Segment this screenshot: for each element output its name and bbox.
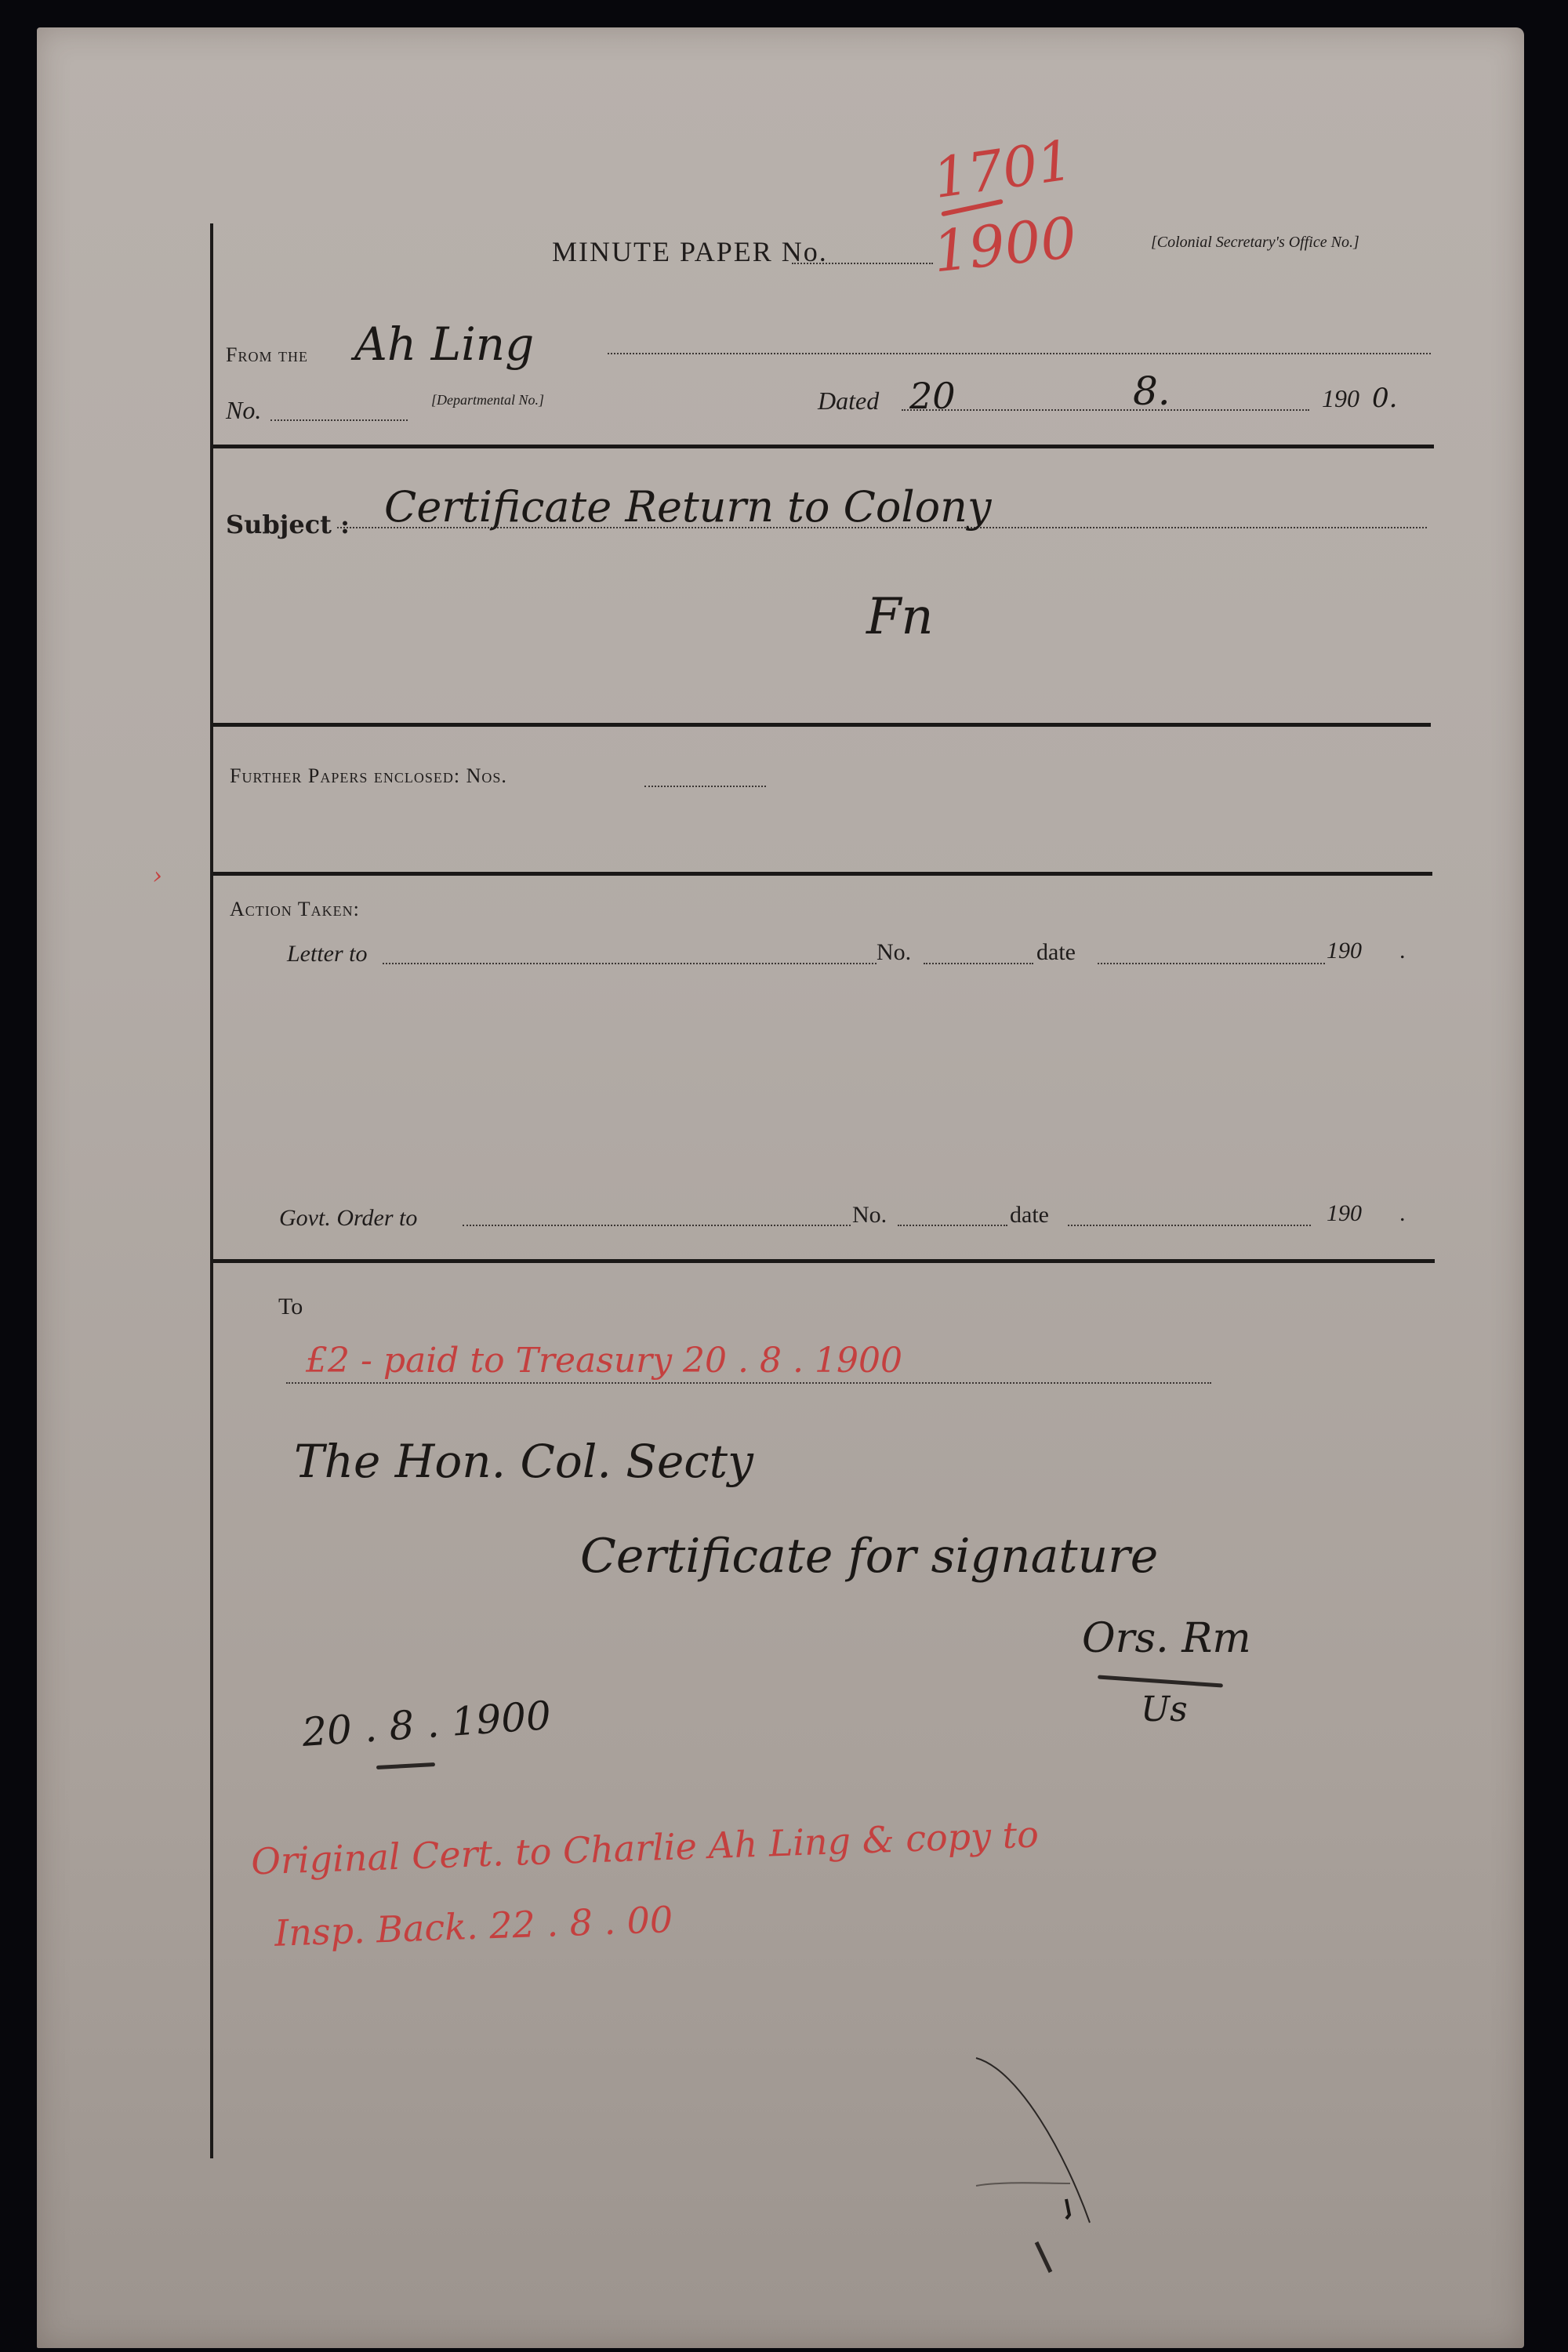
govt-order-dotted-line — [463, 1225, 851, 1226]
govt-date-dotted-line — [1068, 1225, 1311, 1226]
govt-no-dotted-line — [898, 1225, 1007, 1226]
section-rule-2 — [213, 723, 1431, 727]
dated-year-prefix: 190 — [1322, 384, 1359, 413]
to-label: To — [278, 1294, 303, 1320]
section-rule-4 — [213, 1259, 1435, 1263]
minute-signature-sub: Us — [1141, 1690, 1188, 1730]
minute-addressee: The Hon. Col. Secty — [294, 1435, 753, 1488]
minute-signature: Ors. Rm — [1082, 1615, 1251, 1662]
document-title: MINUTE PAPER No. — [552, 235, 828, 268]
section-rule-1 — [213, 445, 1434, 448]
govt-order-label: Govt. Order to — [279, 1205, 417, 1232]
minute-number-dotted-line — [792, 263, 933, 264]
letter-year: 190 — [1327, 938, 1362, 964]
section-rule-3 — [213, 872, 1432, 876]
dated-dotted-line — [902, 409, 1309, 411]
from-label: From the — [226, 343, 308, 367]
from-value: Ah Ling — [354, 318, 534, 371]
subject-initial: Fn — [866, 588, 934, 646]
letter-to-label: Letter to — [287, 941, 368, 967]
from-dotted-line — [608, 353, 1431, 354]
to-dotted-line — [286, 1382, 1211, 1384]
minute-paper-sheet — [37, 27, 1524, 2348]
dated-label: Dated — [818, 387, 879, 416]
dated-year-suffix: 0. — [1372, 383, 1397, 414]
letter-no-dotted-line — [924, 963, 1033, 964]
govt-date-label: date — [1010, 1202, 1049, 1229]
office-number-note: [Colonial Secretary's Office No.] — [1151, 234, 1359, 252]
red-note-treasury: £2 - paid to Treasury 20 . 8 . 1900 — [306, 1341, 902, 1381]
no-label: No. — [226, 396, 261, 425]
further-papers-label: Further Papers enclosed: Nos. — [230, 764, 507, 788]
govt-end: . — [1399, 1200, 1406, 1227]
left-margin-rule — [210, 223, 213, 2158]
further-papers-dotted-line — [644, 786, 766, 787]
action-taken-label: Action Taken: — [230, 898, 360, 921]
dated-day: 20 — [909, 375, 956, 417]
dated-month: 8. — [1133, 368, 1171, 414]
letter-date-label: date — [1036, 939, 1076, 966]
letter-to-dotted-line — [383, 963, 877, 964]
subject-value: Certificate Return to Colony — [384, 482, 991, 532]
letter-date-dotted-line — [1098, 963, 1325, 964]
govt-no-label: No. — [852, 1202, 887, 1229]
govt-year: 190 — [1327, 1200, 1362, 1227]
subject-label: Subject : — [226, 510, 350, 539]
departmental-note: [Departmental No.] — [431, 392, 544, 408]
pencil-scribble-icon — [972, 2054, 1129, 2289]
letter-no-label: No. — [877, 939, 911, 966]
letter-end: . — [1399, 938, 1406, 964]
departmental-no-dotted-line — [270, 419, 408, 421]
margin-mark: › — [153, 862, 162, 890]
minute-body: Certificate for signature — [580, 1529, 1158, 1584]
